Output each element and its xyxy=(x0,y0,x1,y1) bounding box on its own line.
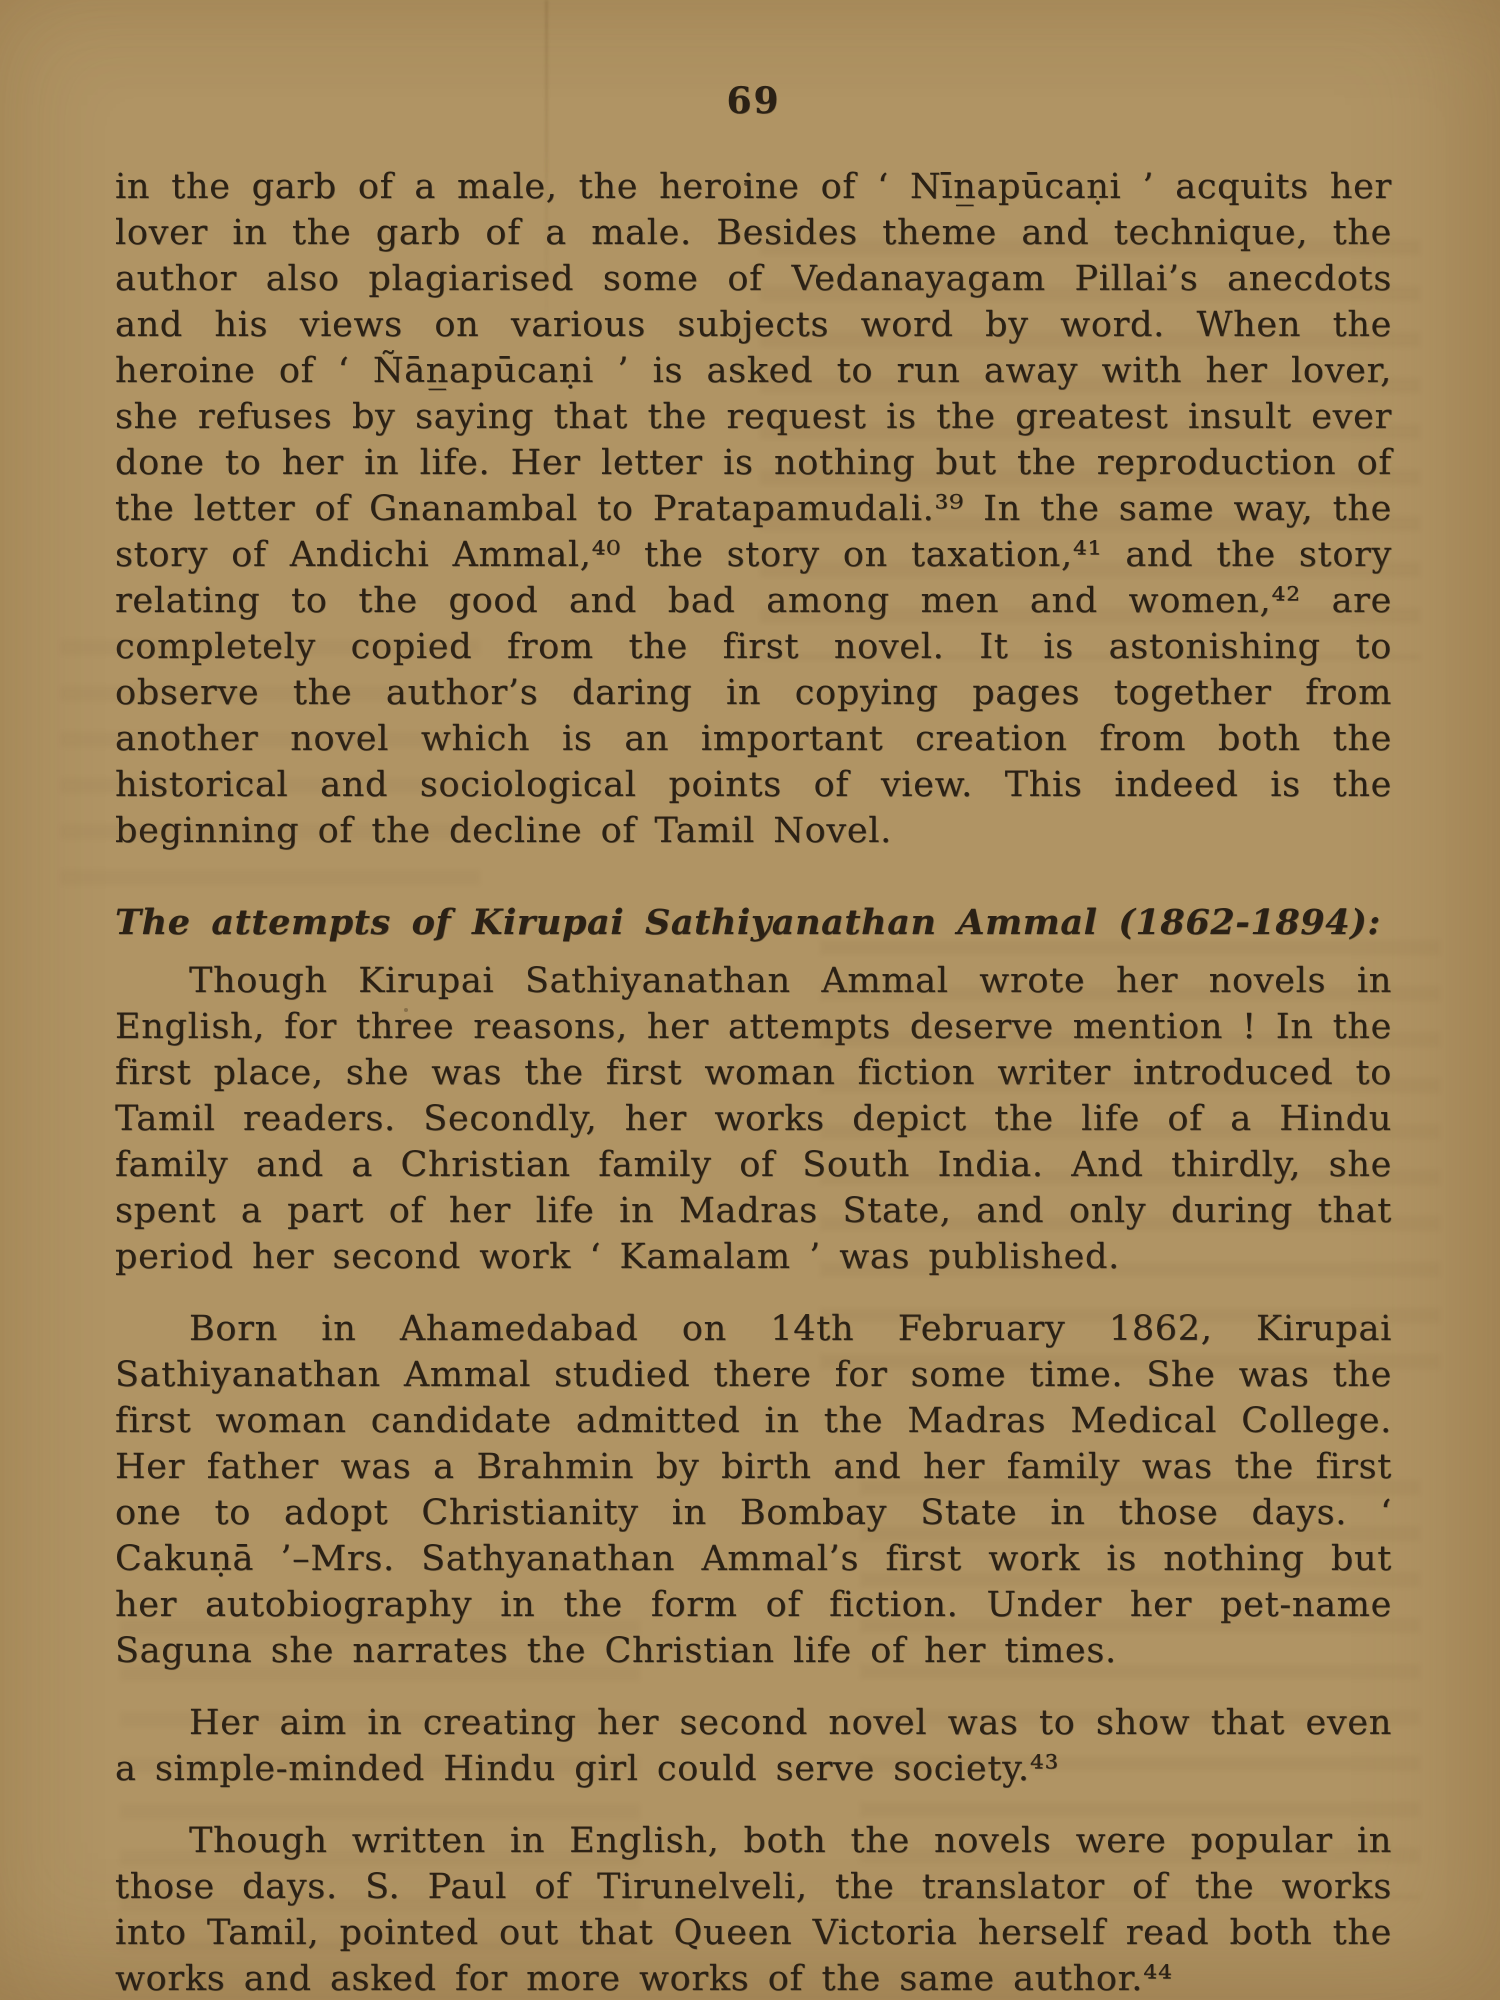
section-heading: The attempts of Kirupai Sathiyanathan Am… xyxy=(115,898,1392,948)
paragraph-popularity: Though written in English, both the nove… xyxy=(115,1818,1392,2000)
page-number: 69 xyxy=(115,78,1392,124)
scanned-book-page: 69 in the garb of a male, the heroine of… xyxy=(0,0,1500,2000)
paragraph-three-reasons: Though Kirupai Sathiyanathan Ammal wrote… xyxy=(115,958,1392,1280)
paragraph-plagiarism-discussion: in the garb of a male, the heroine of ‘ … xyxy=(115,164,1392,854)
paragraph-second-novel-aim: Her aim in creating her second novel was… xyxy=(115,1700,1392,1792)
paragraph-biography: Born in Ahamedabad on 14th February 1862… xyxy=(115,1306,1392,1674)
